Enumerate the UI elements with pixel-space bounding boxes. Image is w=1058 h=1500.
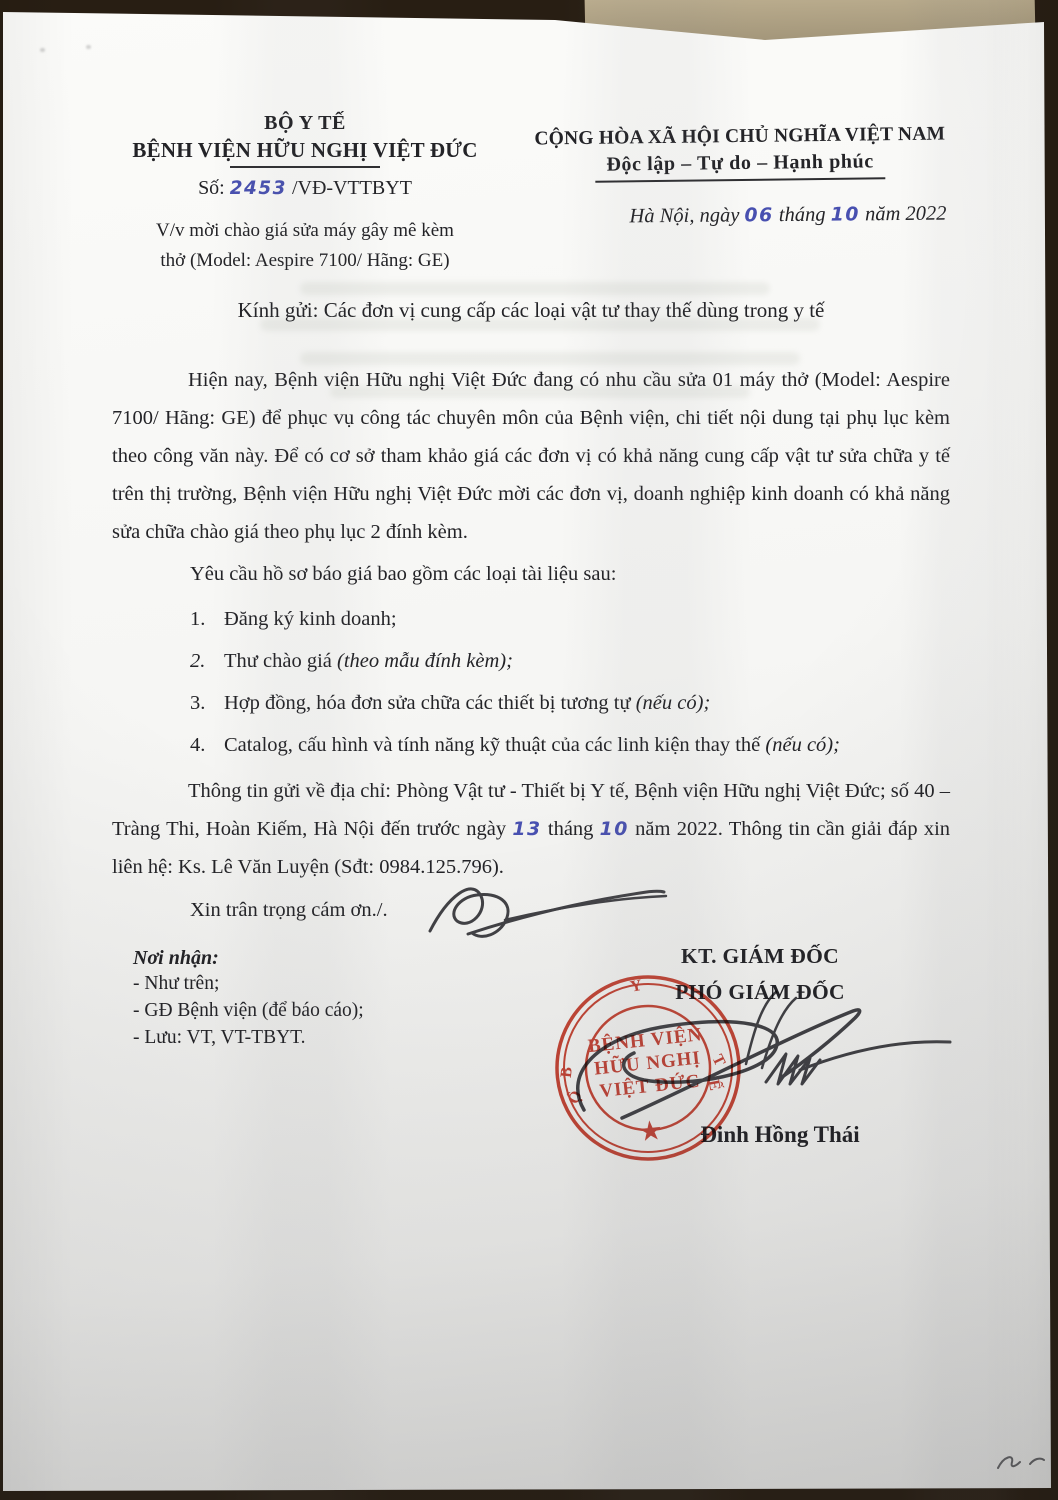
signature-scribble	[766, 1054, 820, 1084]
document-photo: BỘ Y TẾ BỆNH VIỆN HỮU NGHỊ VIỆT ĐỨC Số: …	[0, 0, 1058, 1500]
letter-paper: BỘ Y TẾ BỆNH VIỆN HỮU NGHỊ VIỆT ĐỨC Số: …	[0, 0, 1058, 1500]
corner-pen-mark	[998, 1457, 1044, 1468]
signature-loop	[578, 1022, 778, 1110]
pen-flourish	[430, 889, 508, 936]
handwritten-ink-layer	[0, 0, 1058, 1500]
